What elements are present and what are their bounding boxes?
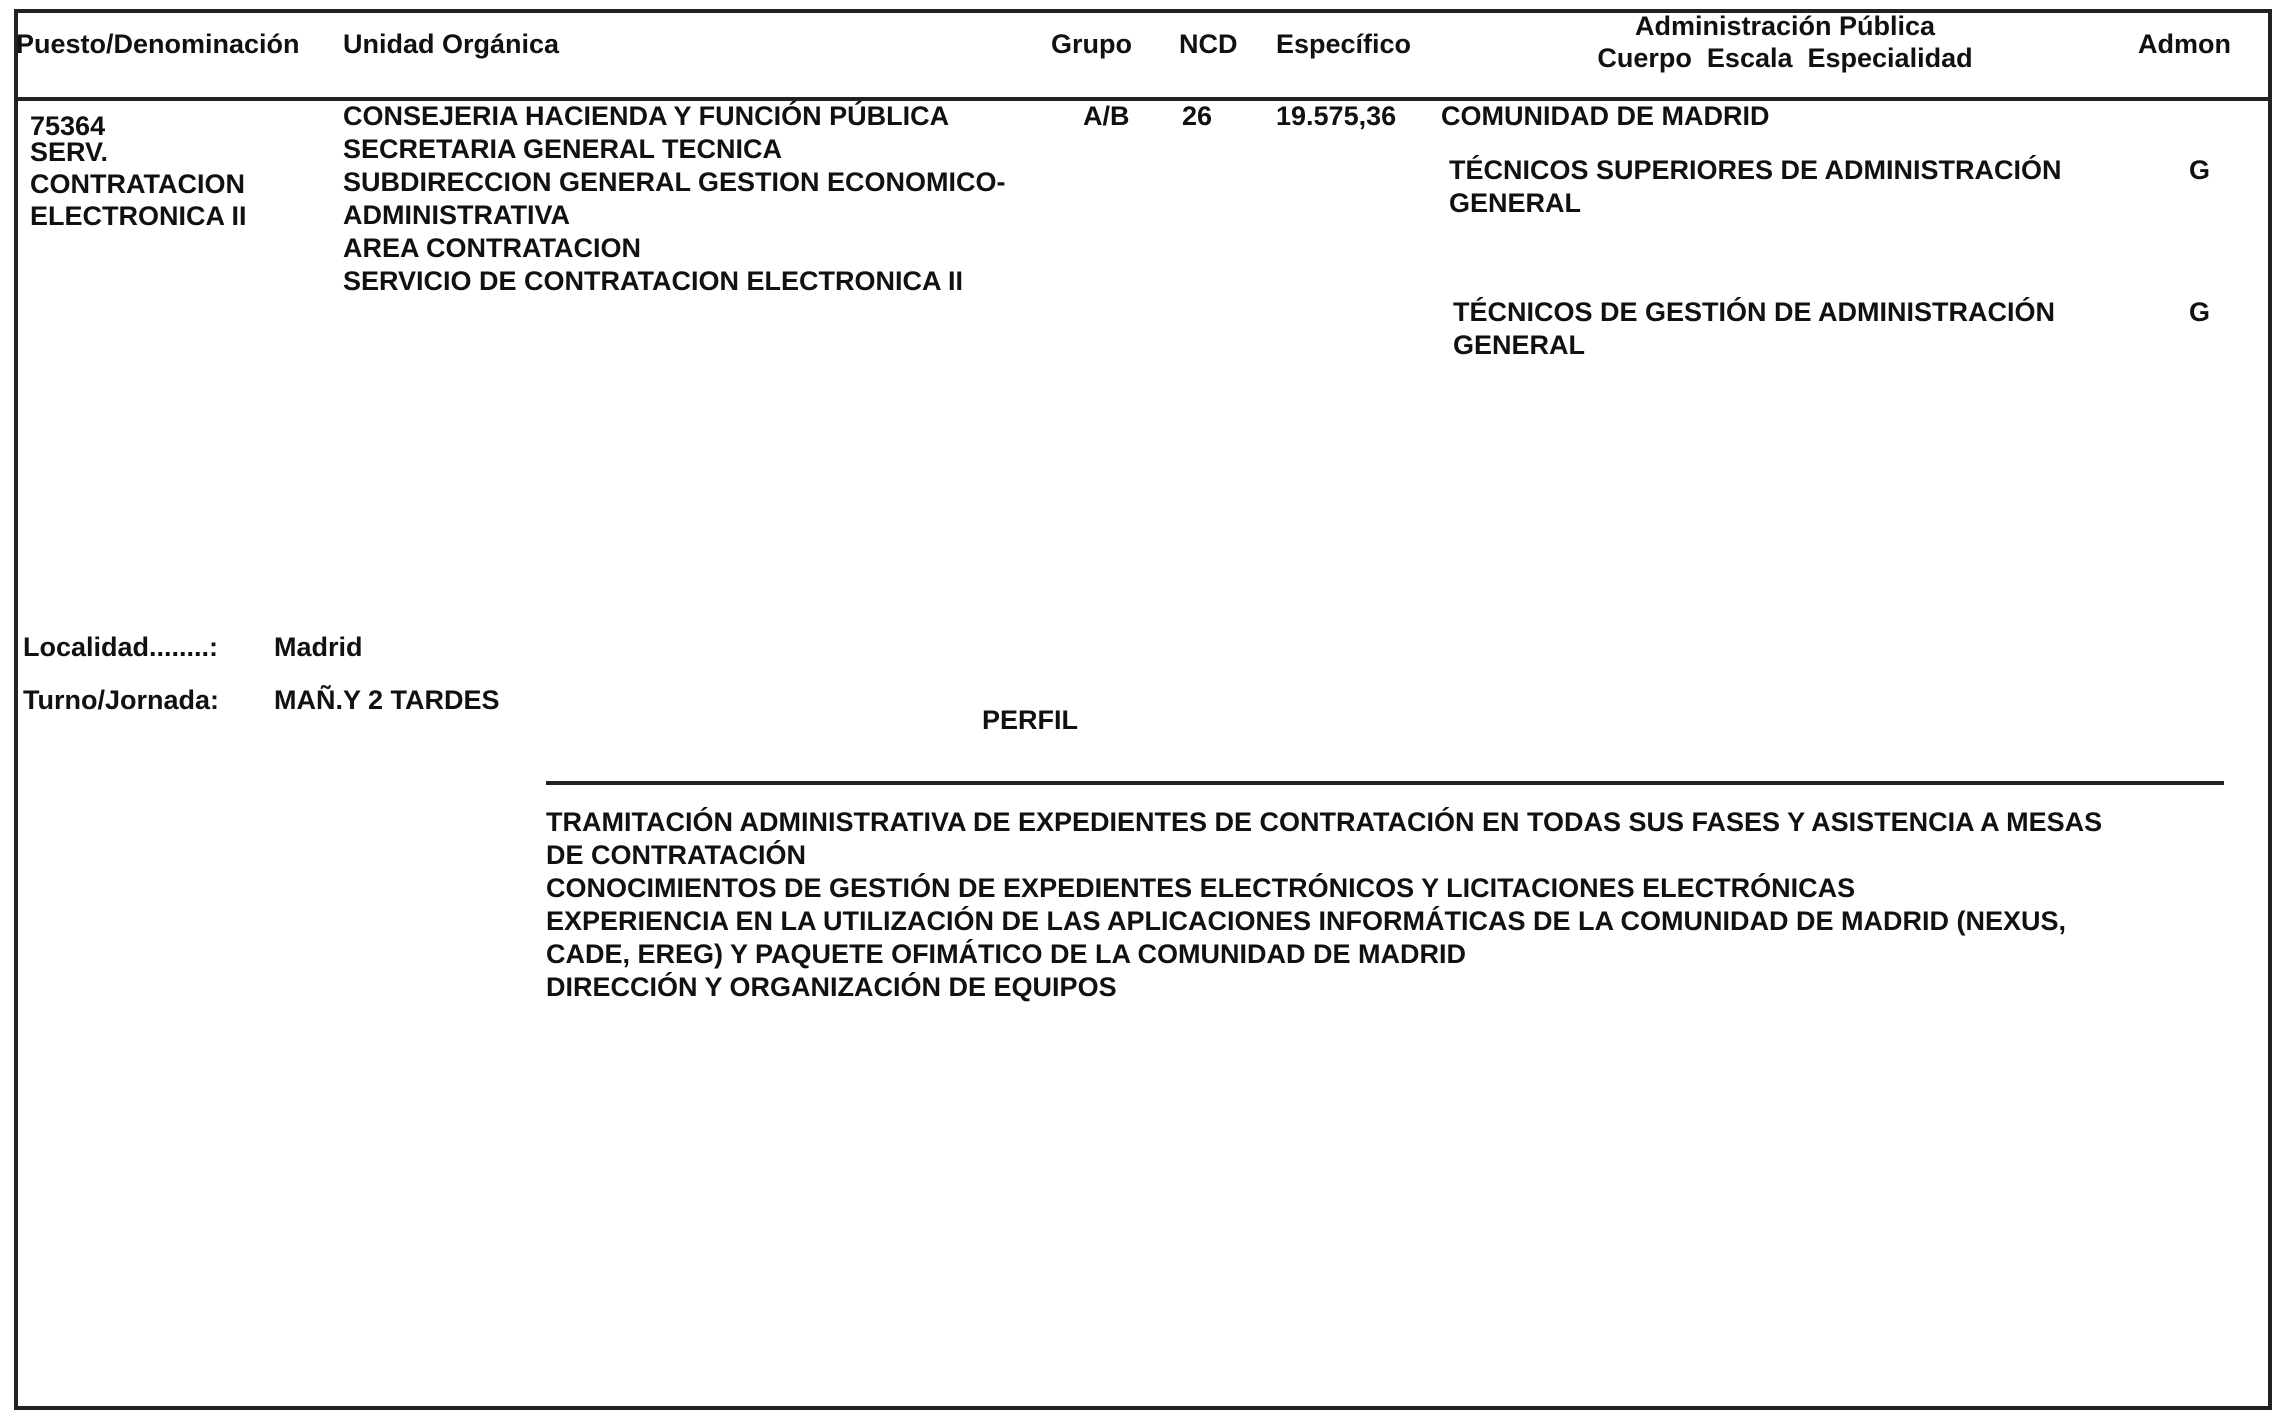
unidad-line: SERVICIO DE CONTRATACION ELECTRONICA II (343, 265, 1006, 298)
turno-label: Turno/Jornada: (23, 684, 219, 716)
ncd-value: 26 (1182, 100, 1212, 132)
unidad-line: AREA CONTRATACION (343, 232, 1006, 265)
cuerpo-item: TÉCNICOS SUPERIORES DE ADMINISTRACIÓN GE… (1449, 154, 2062, 220)
localidad-label: Localidad........: (23, 631, 218, 663)
perfil-line: CONOCIMIENTOS DE GESTIÓN DE EXPEDIENTES … (546, 872, 2102, 905)
cuerpo-line: TÉCNICOS DE GESTIÓN DE ADMINISTRACIÓN (1453, 296, 2055, 329)
puesto-cell: 75364 SERV. CONTRATACION ELECTRONICA II (30, 110, 247, 232)
perfil-title: PERFIL (982, 704, 1078, 736)
perfil-line: CADE, EREG) Y PAQUETE OFIMÁTICO DE LA CO… (546, 938, 2102, 971)
perfil-text: TRAMITACIÓN ADMINISTRATIVA DE EXPEDIENTE… (546, 806, 2102, 1004)
unidad-line: SUBDIRECCION GENERAL GESTION ECONOMICO- (343, 166, 1006, 199)
cuerpo-line: TÉCNICOS SUPERIORES DE ADMINISTRACIÓN (1449, 154, 2062, 187)
perfil-line: EXPERIENCIA EN LA UTILIZACIÓN DE LAS APL… (546, 905, 2102, 938)
perfil-line: DIRECCIÓN Y ORGANIZACIÓN DE EQUIPOS (546, 971, 2102, 1004)
header-admon: Admon (2138, 28, 2231, 60)
puesto-line: ELECTRONICA II (30, 200, 247, 232)
header-especifico: Específico (1276, 28, 1411, 60)
unidad-line: ADMINISTRATIVA (343, 199, 1006, 232)
header-grupo: Grupo (1051, 28, 1132, 60)
cuerpo-admon: G (2189, 154, 2210, 186)
grupo-value: A/B (1083, 100, 1130, 132)
perfil-divider (546, 781, 2224, 785)
header-cuerpo-escala: Cuerpo Escala Especialidad (1520, 42, 2050, 74)
header-puesto: Puesto/Denominación (16, 28, 300, 60)
cuerpo-line: GENERAL (1449, 187, 2062, 220)
administracion-value: COMUNIDAD DE MADRID (1441, 100, 1769, 132)
header-admin-publica: Administración Pública (1520, 10, 2050, 42)
unidad-cell: CONSEJERIA HACIENDA Y FUNCIÓN PÚBLICA SE… (343, 100, 1006, 298)
perfil-line: DE CONTRATACIÓN (546, 839, 2102, 872)
unidad-line: SECRETARIA GENERAL TECNICA (343, 133, 1006, 166)
cuerpo-line: GENERAL (1453, 329, 2055, 362)
cuerpo-item: TÉCNICOS DE GESTIÓN DE ADMINISTRACIÓN GE… (1453, 296, 2055, 362)
header-unidad: Unidad Orgánica (343, 28, 559, 60)
puesto-line: SERV. (30, 136, 247, 168)
especifico-value: 19.575,36 (1276, 100, 1396, 132)
turno-value: MAÑ.Y 2 TARDES (274, 684, 500, 716)
header-ncd: NCD (1179, 28, 1238, 60)
localidad-value: Madrid (274, 631, 363, 663)
perfil-line: TRAMITACIÓN ADMINISTRATIVA DE EXPEDIENTE… (546, 806, 2102, 839)
unidad-line: CONSEJERIA HACIENDA Y FUNCIÓN PÚBLICA (343, 100, 1006, 133)
cuerpo-admon: G (2189, 296, 2210, 328)
puesto-line: CONTRATACION (30, 168, 247, 200)
